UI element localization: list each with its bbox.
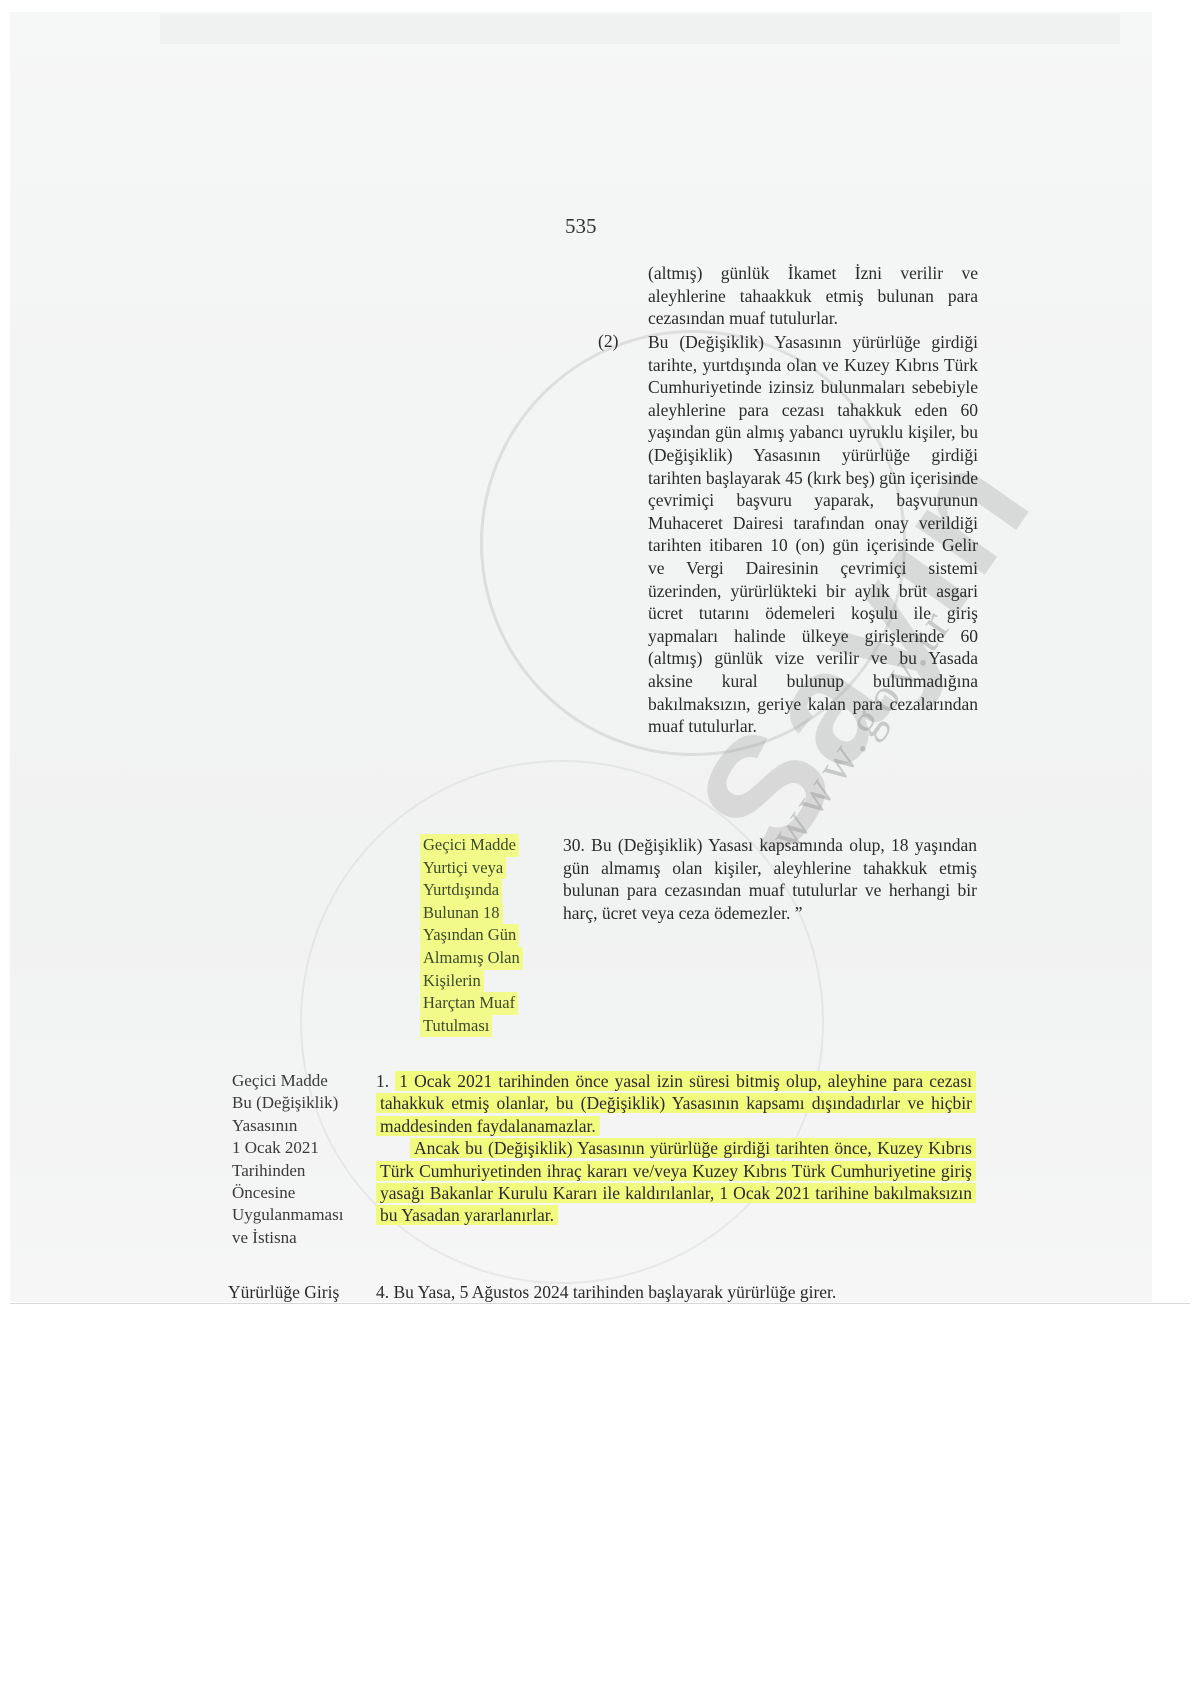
margin-note-line: Uygulanmaması (232, 1204, 372, 1226)
subsection-2-text: Bu (Değişiklik) Yasasının yürürlüğe gird… (648, 331, 978, 738)
margin-note-line: Yurtdışında (420, 879, 502, 902)
scan-bottom-edge (10, 1303, 1190, 1304)
margin-note-line: Tarihinden (232, 1160, 372, 1182)
margin-note-line: Yaşından Gün (420, 924, 519, 947)
margin-note-line: Yurtiçi veya (420, 857, 506, 880)
article-1-paragraph-1: 1 Ocak 2021 tarihinden önce yasal izin s… (376, 1071, 976, 1136)
article-30-margin-note: Geçici Madde Yurtiçi veya Yurtdışında Bu… (420, 834, 538, 1037)
margin-note-line: ve İstisna (232, 1227, 372, 1249)
article-4-text: 4. Bu Yasa, 5 Ağustos 2024 tarihinden ba… (376, 1282, 836, 1303)
margin-note-line: Bulunan 18 (420, 902, 503, 925)
margin-note-line: Harçtan Muaf (420, 992, 518, 1015)
article-30-text: 30. Bu (Değişiklik) Yasası kapsamında ol… (563, 834, 977, 924)
margin-note-line: Tutulması (420, 1015, 492, 1038)
subsection-2: Bu (Değişiklik) Yasasının yürürlüğe gird… (648, 331, 978, 738)
article-1: 1. 1 Ocak 2021 tarihinden önce yasal izi… (376, 1070, 976, 1227)
subsection-2-label: (2) (598, 331, 618, 352)
scan-top-edge (160, 14, 1120, 44)
article-1-number: 1. (376, 1071, 389, 1091)
article-1-paragraph-2: Ancak bu (Değişiklik) Yasasının yürürlüğ… (376, 1138, 976, 1225)
margin-note-line: 1 Ocak 2021 (232, 1137, 372, 1159)
margin-note-line: Bu (Değişiklik) (232, 1092, 372, 1114)
margin-note-line: Geçici Madde (420, 834, 519, 857)
margin-note-line: Almamış Olan (420, 947, 523, 970)
continued-paragraph: (altmış) günlük İkamet İzni verilir ve a… (648, 262, 978, 330)
margin-note-line: Geçici Madde (232, 1070, 372, 1092)
margin-note-line: Kişilerin (420, 970, 484, 993)
margin-note-line: Öncesine (232, 1182, 372, 1204)
margin-note-line: Yasasının (232, 1115, 372, 1137)
article-1-margin-note: Geçici Madde Bu (Değişiklik) Yasasının 1… (232, 1070, 372, 1249)
page-number: 535 (565, 214, 597, 239)
article-30: 30. Bu (Değişiklik) Yasası kapsamında ol… (563, 834, 977, 924)
continued-paragraph-text: (altmış) günlük İkamet İzni verilir ve a… (648, 262, 978, 330)
article-4-margin-note: Yürürlüğe Giriş (228, 1282, 339, 1303)
